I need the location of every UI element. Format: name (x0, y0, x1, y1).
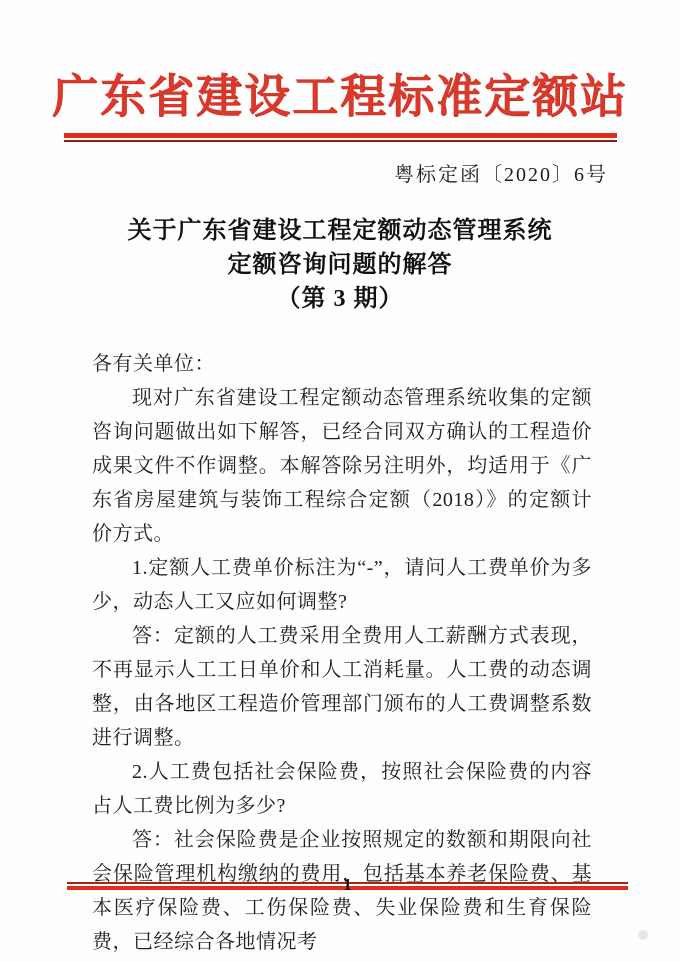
document-title-line-2: 定额咨询问题的解答 (0, 248, 680, 282)
paragraph-question-2: 2.人工费包括社会保险费，按照社会保险费的内容占人工费比例为多少? (92, 755, 592, 823)
scan-artifact-smudge (638, 930, 648, 940)
letter-body: 各有关单位： 现对广东省建设工程定额动态管理系统收集的定额咨询问题做出如下解答，… (92, 347, 592, 959)
document-title: 关于广东省建设工程定额动态管理系统 定额咨询问题的解答 （第 3 期） (0, 214, 680, 316)
page-number: 1 (343, 872, 352, 898)
scanned-document-page: 广东省建设工程标准定额站 粤标定函〔2020〕6号 关于广东省建设工程定额动态管… (0, 0, 680, 962)
document-title-line-3: （第 3 期） (0, 282, 680, 316)
paragraph-question-1: 1.定额人工费单价标注为“-”，请问人工费单价为多少，动态人工又应如何调整? (92, 551, 592, 619)
masthead-divider-thin-line (64, 140, 617, 142)
paragraph-intro: 现对广东省建设工程定额动态管理系统收集的定额咨询问题做出如下解答，已经合同双方确… (92, 381, 592, 551)
paragraph-answer-2: 答：社会保险费是企业按照规定的数额和期限向社会保险管理机构缴纳的费用，包括基本养… (92, 823, 592, 959)
document-reference-number: 粤标定函〔2020〕6号 (394, 158, 608, 187)
paragraph-answer-1: 答：定额的人工费采用全费用人工薪酬方式表现，不再显示人工工日单价和人工消耗量。人… (92, 619, 592, 755)
footer-divider-line: 1 (67, 882, 628, 890)
agency-masthead-title: 广东省建设工程标准定额站 (0, 60, 680, 126)
document-title-line-1: 关于广东省建设工程定额动态管理系统 (0, 214, 680, 248)
masthead-divider-line (64, 133, 617, 142)
salutation: 各有关单位： (92, 347, 592, 381)
